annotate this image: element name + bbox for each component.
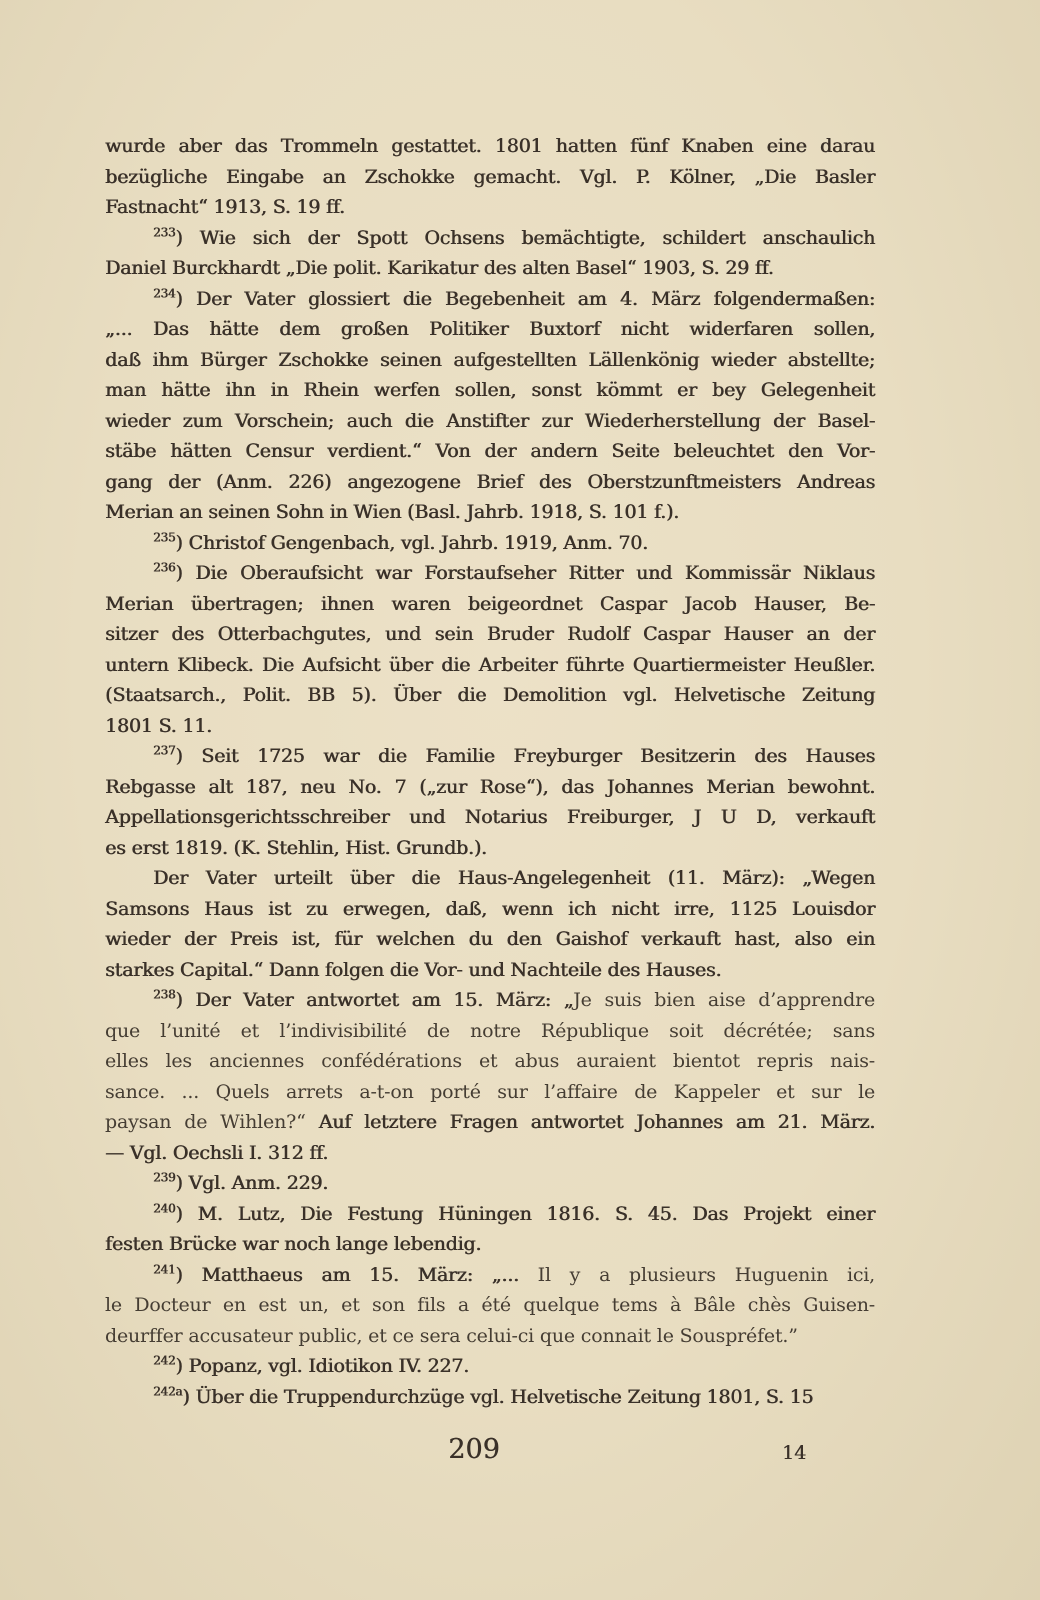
fraktur-text-segment: Wie sich der Spott Ochsens bemächtigte, … [200,227,875,249]
footnote-paragraph: 235) Christof Gengenbach, vgl. Jahrb. 19… [105,528,875,559]
text-line: sance. ... Quels arrets a-t-on porté sur… [105,1077,875,1108]
fraktur-text-segment: — Vgl. Oechsli I. 312 ff. [105,1142,328,1164]
book-page: wurde aber das Trommeln gestattet. 1801 … [0,0,1040,1600]
text-line: deurffer accusateur public, et ce sera c… [105,1321,875,1352]
text-line: 242a) Über die Truppendurchzüge vgl. Hel… [105,1382,875,1413]
fraktur-text-segment: Samsons Haus ist zu erwegen, daß, wenn i… [105,898,875,920]
fraktur-text-segment: sitzer des Otterbachgutes, und sein Brud… [105,623,875,645]
footnote-number: 233) [153,227,200,249]
fraktur-text-segment: Rebgasse alt 187, neu No. 7 („zur Rose“)… [105,776,875,798]
text-line: stäbe hätten Censur verdient.“ Von der a… [105,436,875,467]
footnote-paragraph: 236) Die Oberaufsicht war Forstaufseher … [105,558,875,741]
roman-text-segment: que l’unité et l’indivisibilité de notre… [105,1020,875,1042]
fraktur-text-segment: wieder zum Vorschein; auch die Anstifter… [105,410,875,432]
roman-text-segment: paysan de Wihlen?“ [105,1111,319,1133]
text-line: Merian an seinen Sohn in Wien (Basl. Jah… [105,497,875,528]
text-line: „... Das hätte dem großen Politiker Buxt… [105,314,875,345]
roman-text-segment: Il y a plusieurs Huguenin ici, [538,1264,875,1286]
footnote-number: 239) [153,1172,188,1194]
fraktur-text-segment: Seit 1725 war die Familie Freyburger Bes… [201,745,875,767]
text-line: Daniel Burckhardt „Die polit. Karikatur … [105,253,875,284]
fraktur-text-segment: wurde aber das Trommeln gestattet. 1801 … [105,135,875,157]
footnote-paragraph: 233) Wie sich der Spott Ochsens bemächti… [105,223,875,284]
fraktur-text-segment: bezügliche Eingabe an Zschokke gemacht. … [105,166,875,188]
fraktur-text-segment: Die Oberaufsicht war Forstaufseher Ritte… [195,562,875,584]
text-line: 241) Matthaeus am 15. März: „... Il y a … [105,1260,875,1291]
fraktur-text-segment: Merian übertragen; ihnen waren beigeordn… [105,593,875,615]
text-line: 235) Christof Gengenbach, vgl. Jahrb. 19… [105,528,875,559]
text-line: que l’unité et l’indivisibilité de notre… [105,1016,875,1047]
page-number: 209 [444,1434,504,1465]
text-line: wieder der Preis ist, für welchen du den… [105,924,875,955]
fraktur-text-segment: (Staatsarch., Polit. BB 5). Über die Dem… [105,684,875,706]
fraktur-text-segment: Popanz, vgl. Idiotikon IV. 227. [188,1355,469,1377]
text-line: 1801 S. 11. [105,711,875,742]
footnote-paragraph: 239) Vgl. Anm. 229. [105,1168,875,1199]
text-line: Appellationsgerichtsschreiber und Notari… [105,802,875,833]
text-line: wurde aber das Trommeln gestattet. 1801 … [105,131,875,162]
text-line: 242) Popanz, vgl. Idiotikon IV. 227. [105,1351,875,1382]
footnote-number: 234) [153,288,196,310]
text-line: 240) M. Lutz, Die Festung Hüningen 1816.… [105,1199,875,1230]
text-line: es erst 1819. (K. Stehlin, Hist. Grundb.… [105,833,875,864]
fraktur-text-segment: Christof Gengenbach, vgl. Jahrb. 1919, A… [188,532,647,554]
footnote-number: 236) [153,562,195,584]
fraktur-text-segment: Der Vater glossiert die Begebenheit am 4… [196,288,875,310]
fraktur-text-segment: Der Vater urteilt über die Haus-Angelege… [153,867,875,889]
text-line: elles les anciennes confédérations et ab… [105,1046,875,1077]
fraktur-text-segment: Über die Truppendurchzüge vgl. Helvetisc… [195,1386,813,1408]
fraktur-text-segment: „... Das hätte dem großen Politiker Buxt… [105,318,875,340]
footnote-paragraph: 237) Seit 1725 war die Familie Freyburge… [105,741,875,863]
text-line: — Vgl. Oechsli I. 312 ff. [105,1138,875,1169]
text-line: (Staatsarch., Polit. BB 5). Über die Dem… [105,680,875,711]
text-line: Samsons Haus ist zu erwegen, daß, wenn i… [105,894,875,925]
footnote-number: 242) [153,1355,188,1377]
footnote-paragraph: 242a) Über die Truppendurchzüge vgl. Hel… [105,1382,875,1413]
roman-text-segment: deurffer accusateur public, et ce sera c… [105,1325,798,1347]
fraktur-text-segment: Fastnacht“ 1913, S. 19 ff. [105,196,345,218]
roman-text-segment: elles les anciennes confédérations et ab… [105,1050,875,1072]
text-line: wieder zum Vorschein; auch die Anstifter… [105,406,875,437]
signature-mark: 14 [782,1442,806,1464]
fraktur-text-segment: Auf letztere Fragen antwortet Johannes a… [319,1111,875,1133]
footnote-number: 235) [153,532,188,554]
footnote-number: 242a) [153,1386,195,1408]
footnote-paragraph: 241) Matthaeus am 15. März: „... Il y a … [105,1260,875,1352]
footnote-number: 238) [153,989,195,1011]
fraktur-text-segment: Merian an seinen Sohn in Wien (Basl. Jah… [105,501,679,523]
roman-text-segment: sance. ... Quels arrets a-t-on porté sur… [105,1081,875,1103]
fraktur-text-segment: stäbe hätten Censur verdient.“ Von der a… [105,440,875,462]
text-line: 233) Wie sich der Spott Ochsens bemächti… [105,223,875,254]
fraktur-text-segment: starkes Capital.“ Dann folgen die Vor- u… [105,959,721,981]
text-line: man hätte ihn in Rhein werfen sollen, so… [105,375,875,406]
text-line: 236) Die Oberaufsicht war Forstaufseher … [105,558,875,589]
footnote-paragraph: 242) Popanz, vgl. Idiotikon IV. 227. [105,1351,875,1382]
fraktur-text-segment: wieder der Preis ist, für welchen du den… [105,928,875,950]
fraktur-text-segment: Der Vater antwortet am 15. März: „ [195,989,573,1011]
fraktur-text-segment: Daniel Burckhardt „Die polit. Karikatur … [105,257,774,279]
footnote-number: 241) [153,1264,201,1286]
footnotes-text-block: wurde aber das Trommeln gestattet. 1801 … [105,131,875,1412]
footnote-paragraph: 240) M. Lutz, Die Festung Hüningen 1816.… [105,1199,875,1260]
text-line: Merian übertragen; ihnen waren beigeordn… [105,589,875,620]
fraktur-text-segment: daß ihm Bürger Zschokke seinen aufgestel… [105,349,875,371]
footnote-paragraph: 234) Der Vater glossiert die Begebenheit… [105,284,875,528]
footnote-paragraph: wurde aber das Trommeln gestattet. 1801 … [105,131,875,223]
fraktur-text-segment: festen Brücke war noch lange lebendig. [105,1233,481,1255]
fraktur-text-segment: M. Lutz, Die Festung Hüningen 1816. S. 4… [198,1203,876,1225]
text-line: starkes Capital.“ Dann folgen die Vor- u… [105,955,875,986]
text-line: 237) Seit 1725 war die Familie Freyburge… [105,741,875,772]
footnote-paragraph: 238) Der Vater antwortet am 15. März: „J… [105,985,875,1168]
text-line: Der Vater urteilt über die Haus-Angelege… [105,863,875,894]
text-line: 238) Der Vater antwortet am 15. März: „J… [105,985,875,1016]
text-line: untern Klibeck. Die Aufsicht über die Ar… [105,650,875,681]
fraktur-text-segment: es erst 1819. (K. Stehlin, Hist. Grundb.… [105,837,487,859]
roman-text-segment: Je suis bien aise d’apprendre [573,989,875,1011]
text-line: festen Brücke war noch lange lebendig. [105,1229,875,1260]
roman-text-segment: le Docteur en est un, et son fils a été … [105,1294,875,1316]
footnote-number: 240) [153,1203,198,1225]
text-line: Rebgasse alt 187, neu No. 7 („zur Rose“)… [105,772,875,803]
text-line: bezügliche Eingabe an Zschokke gemacht. … [105,162,875,193]
fraktur-text-segment: gang der (Anm. 226) angezogene Brief des… [105,471,875,493]
text-line: Fastnacht“ 1913, S. 19 ff. [105,192,875,223]
fraktur-text-segment: 1801 S. 11. [105,715,212,737]
footnote-number: 237) [153,745,201,767]
footnote-paragraph: Der Vater urteilt über die Haus-Angelege… [105,863,875,985]
text-line: le Docteur en est un, et son fils a été … [105,1290,875,1321]
fraktur-text-segment: Vgl. Anm. 229. [188,1172,328,1194]
text-line: gang der (Anm. 226) angezogene Brief des… [105,467,875,498]
text-line: 234) Der Vater glossiert die Begebenheit… [105,284,875,315]
text-line: 239) Vgl. Anm. 229. [105,1168,875,1199]
text-line: daß ihm Bürger Zschokke seinen aufgestel… [105,345,875,376]
text-line: sitzer des Otterbachgutes, und sein Brud… [105,619,875,650]
fraktur-text-segment: untern Klibeck. Die Aufsicht über die Ar… [105,654,875,676]
text-line: paysan de Wihlen?“ Auf letztere Fragen a… [105,1107,875,1138]
fraktur-text-segment: Appellationsgerichtsschreiber und Notari… [105,806,875,828]
fraktur-text-segment: man hätte ihn in Rhein werfen sollen, so… [105,379,875,401]
fraktur-text-segment: Matthaeus am 15. März: „... [201,1264,537,1286]
